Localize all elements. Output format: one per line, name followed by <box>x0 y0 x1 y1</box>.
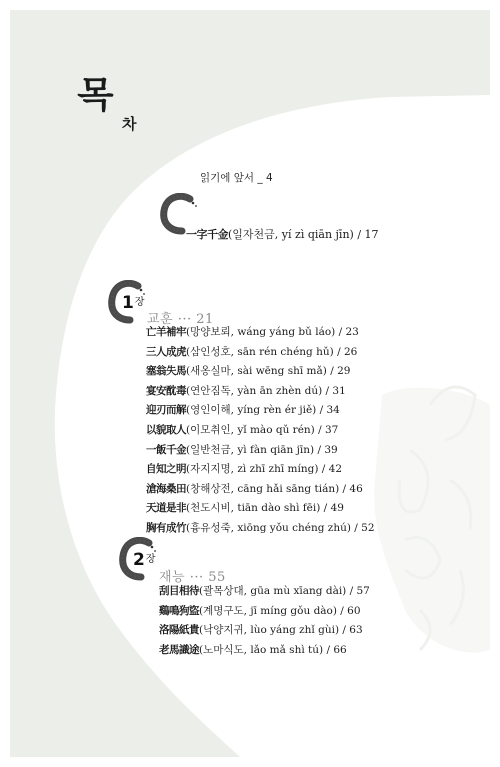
prologue-text: (일자천금, yí zì qiān jīn) / 17 <box>228 228 379 241</box>
chapter-1-suffix: 장 <box>135 297 145 308</box>
toc-entry[interactable]: 鷄鳴狗盜(계명구도, jī míng gǒu dào) / 60 <box>159 602 370 622</box>
toc-entry[interactable]: 老馬識途(노마식도, lǎo mǎ shì tú) / 66 <box>159 641 370 661</box>
toc-entry[interactable]: 胸有成竹(흉유성죽, xiōng yǒu chéng zhú) / 52 <box>146 519 375 539</box>
chapter-1-number: 1장 <box>122 293 145 313</box>
toc-entry[interactable]: 宴安酖毒(연안짐독, yàn ān zhèn dú) / 31 <box>146 382 375 402</box>
prologue-entry[interactable]: 一字千金(일자천금, yí zì qiān jīn) / 17 <box>186 226 379 242</box>
preface-entry[interactable]: 읽기에 앞서 _ 4 <box>200 170 273 185</box>
toc-entry[interactable]: 迎刃而解(영인이해, yíng rèn ér jiě) / 34 <box>146 401 375 421</box>
chapter-2-suffix: 장 <box>146 554 156 565</box>
toc-entry[interactable]: 以貌取人(이모취인, yǐ mào qǔ rén) / 37 <box>146 421 375 441</box>
toc-entry[interactable]: 自知之明(자지지명, zì zhī zhī míng) / 42 <box>146 460 375 480</box>
chapter-2-entry-list: 刮目相待(괄목상대, gūa mù xīang dài) / 57 鷄鳴狗盜(계… <box>159 582 370 660</box>
toc-entry[interactable]: 滄海桑田(창해상전, cāng hǎi sāng tián) / 46 <box>146 480 375 500</box>
chapter-2-digit: 2 <box>133 550 145 570</box>
toc-entry[interactable]: 三人成虎(삼인성호, sān rén chéng hǔ) / 26 <box>146 343 375 363</box>
toc-title-main: 목 <box>77 78 112 114</box>
toc-entry[interactable]: 塞翁失馬(새옹실마, sài wēng shī mǎ) / 29 <box>146 362 375 382</box>
toc-entry[interactable]: 刮目相待(괄목상대, gūa mù xīang dài) / 57 <box>159 582 370 602</box>
chapter-1-digit: 1 <box>122 293 134 313</box>
chapter-1-entry-list: 亡羊補牢(망양보뢰, wáng yáng bǔ láo) / 23 三人成虎(삼… <box>146 323 375 539</box>
toc-entry[interactable]: 天道是非(천도시비, tiān dào shì fēi) / 49 <box>146 499 375 519</box>
toc-entry[interactable]: 洛陽紙貴(낙양지귀, lùo yáng zhǐ gùi) / 63 <box>159 621 370 641</box>
preface-page: 4 <box>266 172 273 184</box>
chapter-2-number: 2장 <box>133 550 156 570</box>
toc-page: 목 차 읽기에 앞서 _ 4 一字千金(일자천금, yí zì qiān jīn… <box>10 10 490 757</box>
preface-label: 읽기에 앞서 <box>200 172 254 184</box>
prologue-hanja: 一字千金 <box>186 228 228 241</box>
preface-separator: _ <box>257 172 262 184</box>
toc-entry[interactable]: 一飯千金(일반천금, yì fàn qiān jīn) / 39 <box>146 441 375 461</box>
toc-title-sub: 차 <box>122 117 137 132</box>
toc-entry[interactable]: 亡羊補牢(망양보뢰, wáng yáng bǔ láo) / 23 <box>146 323 375 343</box>
